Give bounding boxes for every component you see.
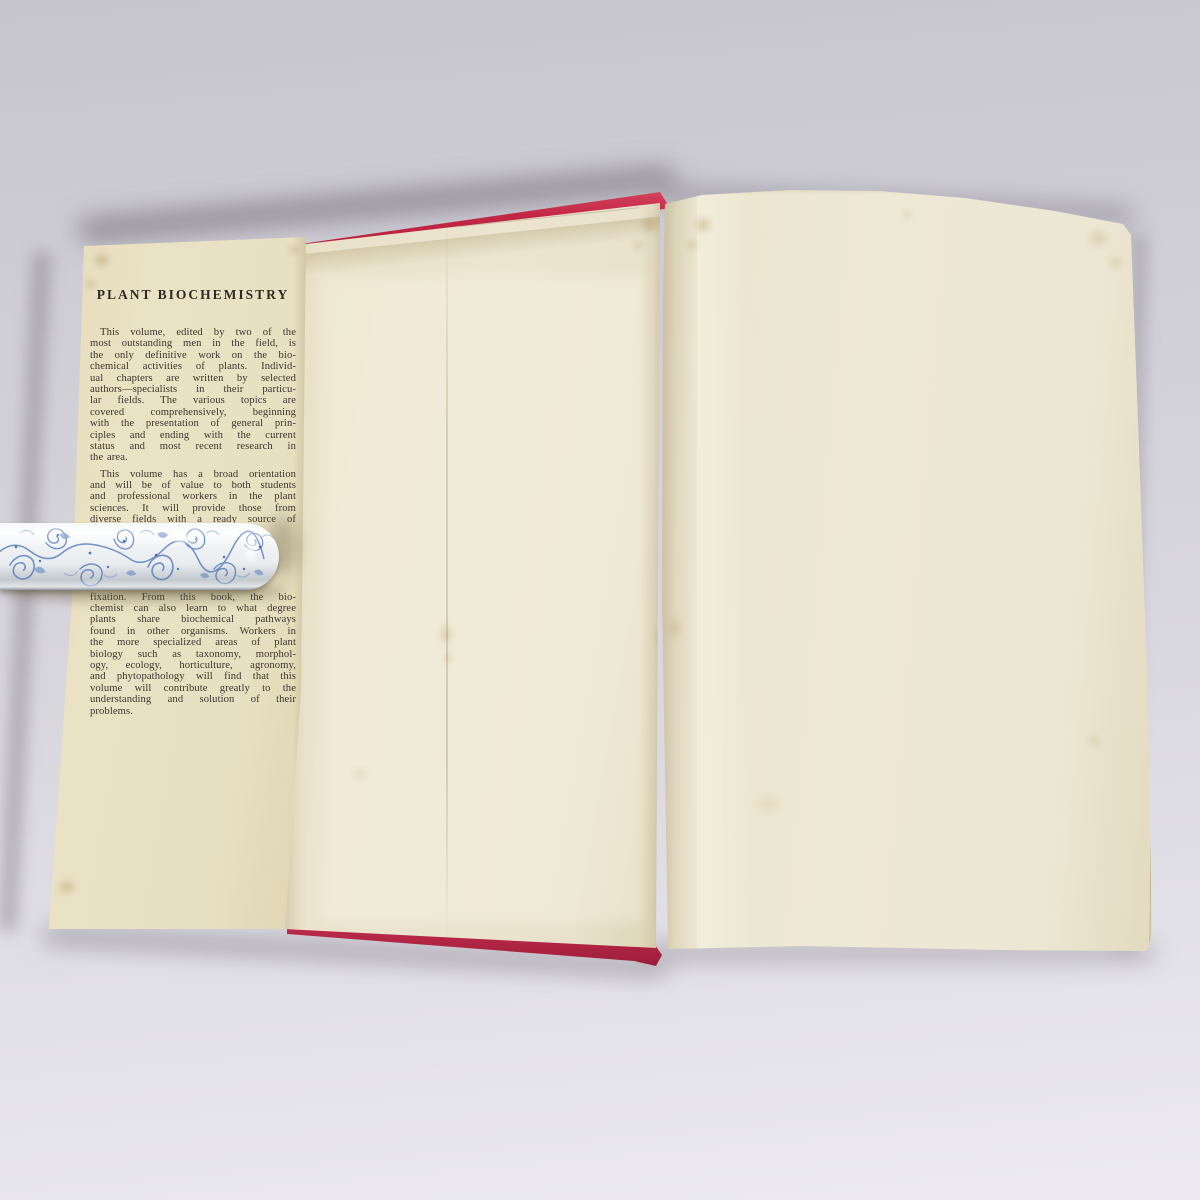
- foxing-spot: [665, 613, 685, 643]
- foxing-spot: [632, 240, 644, 251]
- flap-text-line: This volume has a broad orientation: [90, 469, 296, 480]
- flap-text-line: problems.: [90, 706, 296, 717]
- flap-text-line: the more specialized areas of plant: [90, 637, 296, 648]
- flap-text-line: and will be of value to both students: [90, 480, 296, 491]
- foxing-spot: [901, 209, 913, 219]
- page-curve-highlight: [697, 185, 752, 960]
- foxing-spot: [1107, 255, 1125, 271]
- foxing-spot: [1085, 227, 1111, 249]
- flap-paragraph-1: This volume, edited by two of the most o…: [90, 327, 296, 464]
- foxing-spot: [685, 239, 699, 251]
- flap-text-line: covered comprehensively, beginning: [90, 407, 296, 418]
- flap-paragraph-3: fixation. From this book, the bio- chemi…: [90, 592, 296, 717]
- front-endpaper: [280, 196, 670, 956]
- page-edge-line: [1149, 245, 1157, 946]
- foxing-spot: [442, 651, 454, 665]
- flap-text-line: the only definitive work on the bio-: [90, 350, 296, 361]
- flap-text-line: authors—specialists in their particu-: [90, 384, 296, 395]
- flap-text-line: lar fields. The various topics are: [90, 395, 296, 406]
- foxing-spot: [286, 244, 302, 256]
- porcelain-glaze-highlight: [0, 523, 279, 590]
- flap-text-line: the area.: [90, 452, 296, 463]
- photo-of-open-book: PLANT BIOCHEMISTRY This volume, edited b…: [0, 0, 1200, 1200]
- flap-text-line: sciences. It will provide those from: [90, 503, 296, 514]
- flap-text-line: chemist can also learn to what degree: [90, 603, 296, 614]
- flap-text-line: volume will contribute greatly to the: [90, 683, 296, 694]
- flap-text-line: found in other organisms. Workers in: [90, 626, 296, 637]
- flap-text-line: biology such as taxonomy, morphol-: [90, 649, 296, 660]
- flap-text-line: understanding and solution of their: [90, 694, 296, 705]
- flap-text-line: most outstanding men in the field, is: [90, 338, 296, 349]
- foxing-spot: [1085, 733, 1105, 749]
- right-page: [655, 185, 1165, 960]
- flap-text-line: and professional workers in the plant: [90, 491, 296, 502]
- foxing-spot: [640, 216, 658, 232]
- flap-text-line: status and most recent research in: [90, 441, 296, 452]
- flap-text-line: This volume, edited by two of the: [90, 327, 296, 338]
- endpaper-crease: [446, 206, 448, 946]
- endpaper-panel-impression: [320, 276, 646, 922]
- foxing-spot: [92, 252, 112, 268]
- porcelain-paperweight: [0, 523, 279, 590]
- page-edge-thickness: [1151, 227, 1165, 956]
- foxing-spot: [352, 768, 368, 780]
- flap-text-line: ciples and ending with the current: [90, 430, 296, 441]
- foxing-spot: [693, 215, 713, 235]
- specular-highlight: [246, 535, 256, 561]
- flap-text-line: plants share biochemical pathways: [90, 614, 296, 625]
- foxing-spot: [438, 621, 454, 647]
- flap-text-line: ual chapters are written by selected: [90, 373, 296, 384]
- book-title: PLANT BIOCHEMISTRY: [90, 287, 296, 303]
- foxing-spot: [751, 791, 785, 817]
- flap-text-line: with the presentation of general prin-: [90, 418, 296, 429]
- page-gutter-shadow: [655, 185, 695, 960]
- foxing-spot: [56, 878, 78, 896]
- flap-text-line: ogy, ecology, horticulture, agronomy,: [90, 660, 296, 671]
- specular-highlight: [172, 535, 198, 542]
- flap-text-line: and phytopathology will find that this: [90, 671, 296, 682]
- flap-blurb: PLANT BIOCHEMISTRY This volume, edited b…: [90, 287, 296, 717]
- flap-text-line: chemical activities of plants. Individ-: [90, 361, 296, 372]
- flap-paragraph-2: This volume has a broad orientation and …: [90, 469, 296, 526]
